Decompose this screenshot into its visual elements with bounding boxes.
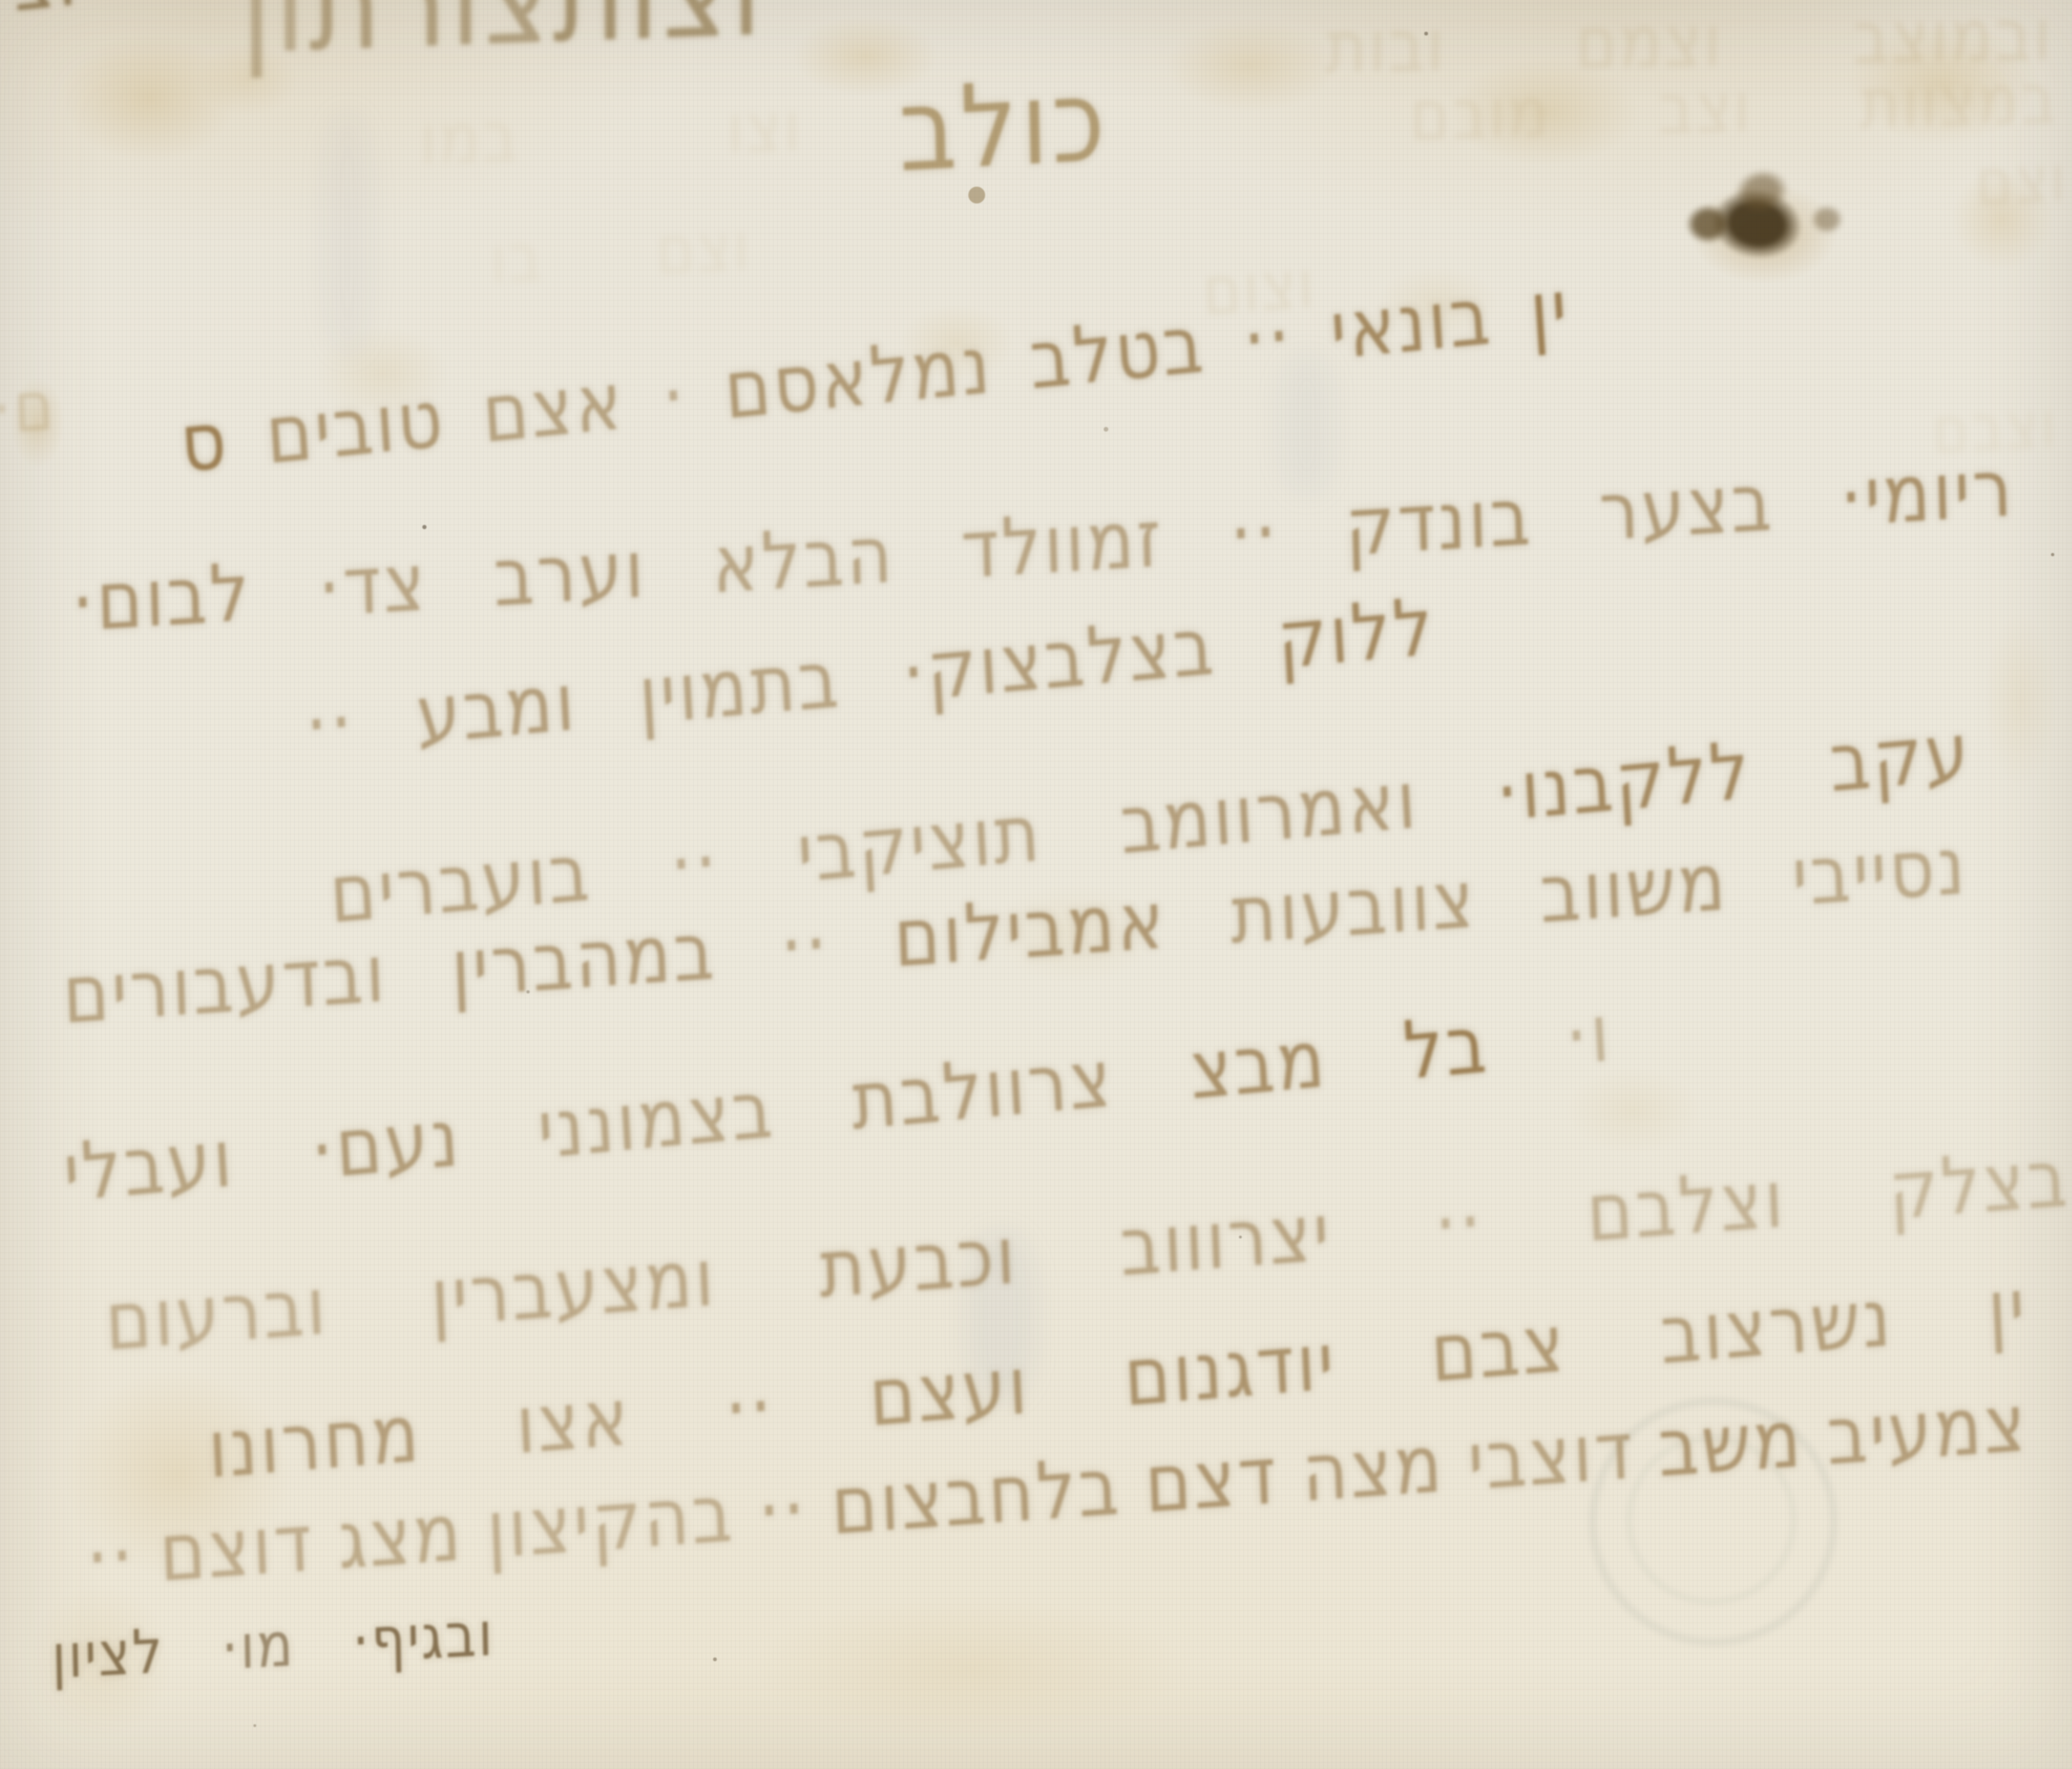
paper-stain	[765, 0, 966, 112]
handwritten-word: בתמוין	[637, 639, 843, 737]
paper-speck	[713, 1657, 717, 1661]
handwritten-word: אצו	[514, 1377, 632, 1466]
top-cut-line: וצותצורתון	[306, 0, 767, 62]
handwritten-word: לציון	[51, 1621, 165, 1688]
handwritten-word: במו	[420, 102, 519, 175]
handwritten-word: ··	[668, 821, 721, 905]
body-line-4: עקבללקבנו·ואמרוומבתוציקבי··בועברים	[327, 717, 1974, 930]
handwritten-word: ··	[85, 1516, 137, 1599]
body-line-9: צמעיבמשבדוצבימצהדצםבלחבצום··בהקיצוןמצגדו…	[84, 1388, 2030, 1594]
handwritten-word: טובים	[264, 379, 448, 476]
paper-stain	[28, 9, 271, 187]
handwritten-word: ··	[1240, 296, 1295, 380]
handwritten-word: צמעיב	[1825, 1383, 2029, 1477]
handwritten-word: ובות	[1325, 9, 1447, 83]
handwritten-word: ··	[757, 1468, 809, 1552]
body-line-8: יןנשרצובצבםיודגנוםועצם··אצומחרונו	[205, 1273, 2030, 1485]
paper-speck	[422, 525, 427, 529]
paper-stain	[1969, 579, 2072, 821]
handwritten-word: ומבע	[414, 663, 579, 756]
handwritten-word: ובדעבורים	[62, 934, 389, 1035]
handwritten-word: בצלק	[1887, 1139, 2071, 1231]
handwritten-word: משווב	[1539, 842, 1729, 935]
right-edge-ghost: וצם	[1940, 151, 2069, 213]
body-line-7: בצלקוצלבם··יצרווובוכבעתומצעבריןוברעום	[103, 1144, 2072, 1358]
handwritten-word: מו·	[221, 1614, 296, 1679]
handwritten-word: ללוק	[1275, 587, 1437, 681]
handwritten-word: ם·	[0, 371, 57, 444]
handwritten-word: ··	[1433, 1182, 1485, 1265]
handwritten-word: בונאי	[1328, 276, 1495, 372]
handwritten-word: וצו	[727, 92, 803, 164]
handwritten-word: ס	[178, 400, 231, 485]
dark-ink-blot	[1722, 158, 1801, 225]
paper-stain	[1414, 37, 1675, 187]
handwritten-word: ··	[303, 682, 357, 766]
manuscript-page: ·וצוצותצורתוןובמוצבוצמםובותבמצוותוצבמובם…	[0, 0, 2072, 1769]
handwritten-word: ·	[659, 355, 689, 437]
handwritten-word: מובם	[1409, 77, 1551, 150]
handwritten-word: במהברין	[450, 911, 718, 1009]
handwritten-word: וצב	[1659, 72, 1753, 144]
dark-ink-blot	[1693, 172, 1821, 276]
handwritten-word: נסייבי	[1791, 826, 1969, 918]
handwritten-word: ובגיף·	[351, 1604, 495, 1672]
paper-stain	[667, 1568, 1274, 1769]
handwritten-word: צבם	[1428, 1304, 1568, 1394]
laid-paper-texture	[0, 0, 2072, 1769]
paper-stain	[1811, 0, 2072, 168]
handwritten-word: בל	[1401, 1005, 1491, 1092]
handwritten-word: עקב	[1828, 712, 1973, 804]
handwritten-word: צורת	[308, 0, 553, 70]
handwritten-word: וצמם	[1575, 4, 1724, 78]
handwritten-word: ומצעברין	[429, 1238, 718, 1339]
handwritten-word: בונדק	[1344, 477, 1533, 568]
handwritten-word: בצער	[1598, 462, 1775, 552]
handwritten-word: וצם	[1975, 147, 2068, 216]
handwritten-word: בלחבצום	[830, 1447, 1123, 1546]
handwritten-word: מחרונו	[206, 1394, 423, 1490]
paper-stain	[1353, 252, 1521, 355]
handwritten-word: וערב	[492, 530, 647, 618]
handwritten-word: צרוולבת	[849, 1039, 1116, 1142]
ghost-line1-right: וצום	[1127, 255, 1318, 326]
paper-stain	[957, 863, 1190, 1003]
handwritten-word: אצם	[480, 361, 627, 454]
handwritten-word: ··	[779, 904, 831, 987]
handwritten-word: ··	[1228, 492, 1280, 574]
paper-stain	[19, 1330, 336, 1619]
signature-line: ובגיף·מו·לציון	[50, 1608, 496, 1685]
handwritten-word: דוצבי	[1466, 1411, 1636, 1502]
handwritten-word: ובמוצב	[1852, 0, 2054, 74]
paper-speck	[253, 1724, 256, 1727]
paper-stain	[877, 289, 1036, 397]
paper-speck	[1239, 1236, 1242, 1238]
handwritten-word: יודגנום	[1122, 1322, 1338, 1419]
body-line-2: ריומי·בצערבונדק··זמוולדהבלאוערבצד·לבום·	[70, 453, 2016, 638]
body-line-3: ללוקבצלבצוק·בתמויןומבע··	[302, 592, 1438, 761]
handwritten-word: ון	[241, 0, 309, 72]
top-left-edge-fragment: ·וצ	[6, 0, 106, 19]
paper-streak	[1279, 355, 1335, 495]
handwritten-word: תוציקבי	[795, 793, 1044, 895]
paper-stain	[177, 28, 317, 131]
handwritten-word: וצות	[553, 0, 766, 61]
handwritten-word: מצה	[1301, 1424, 1446, 1514]
paper-streak	[966, 1232, 1036, 1400]
paper-stain	[0, 359, 75, 485]
handwritten-word: מבצ	[1188, 1019, 1329, 1111]
body-line-1: יןבונאי··בטלבנמלאסם·אצםטוביםס	[177, 273, 1573, 479]
handwritten-word: בטלב	[1028, 304, 1208, 401]
paper-stain	[1134, 0, 1367, 131]
paper-stain	[1932, 149, 2072, 289]
paper-stain	[1540, 1050, 1727, 1171]
body-line-5: נסייבימשוובצוובעותאמבילום··במהבריןובדעבו…	[61, 831, 1970, 1031]
handwritten-word: וכבעת	[818, 1216, 1019, 1310]
embossed-stamp-impression	[1589, 1398, 1837, 1646]
handwritten-word: בצלבצוק·	[900, 607, 1218, 714]
paper-streak	[322, 112, 373, 355]
handwritten-word: צוובעות	[1229, 860, 1477, 956]
dark-ink-blot	[1679, 198, 1737, 250]
handwritten-word: אמבילום	[892, 881, 1168, 979]
paper-speck	[1424, 32, 1428, 35]
embossed-stamp-impression	[1626, 1435, 1796, 1605]
handwritten-word: וצבם	[1932, 393, 2058, 463]
handwritten-word: ··	[723, 1366, 777, 1449]
paper-speck	[526, 990, 530, 993]
handwritten-word: וצום	[1202, 251, 1317, 325]
handwritten-word: וצלבם	[1585, 1160, 1787, 1254]
handwritten-word: וצם	[655, 213, 752, 285]
paper-speck	[968, 187, 985, 203]
handwritten-word: ריומי·	[1839, 448, 2016, 538]
handwritten-word: צד·	[317, 543, 428, 629]
handwritten-word: בהקיצון	[485, 1474, 736, 1571]
handwritten-word: ללקבנו·	[1494, 731, 1754, 833]
handwritten-word: נמלאסם	[722, 325, 995, 431]
handwritten-word: ועבלי	[62, 1119, 237, 1214]
handwritten-word: ין	[1527, 269, 1572, 352]
handwritten-word: ·וצ	[10, 0, 105, 23]
paper-stain	[0, 1554, 201, 1769]
header-ghost-under: וצובמו	[419, 96, 804, 170]
handwritten-word: מצג	[336, 1493, 464, 1581]
handwritten-word: בו	[490, 224, 545, 294]
ghost-left-edge-ring: ם·	[0, 375, 58, 442]
handwritten-word: דצם	[1144, 1435, 1280, 1524]
top-right-ghost-row-1: ובמוצבוצמםובות	[1325, 3, 2054, 78]
handwritten-word: ועצם	[867, 1346, 1031, 1438]
paper-speck	[2051, 553, 2054, 556]
handwritten-word: בצמונני	[536, 1070, 777, 1171]
paper-stain	[1661, 163, 1867, 303]
handwritten-word: ו·	[1563, 993, 1614, 1077]
header-word: כולב	[919, 70, 1111, 180]
handwritten-word: ואמרוומב	[1118, 760, 1420, 866]
dark-ink-blot	[1806, 201, 1848, 238]
ghost-mid-upper: וצםבו	[489, 217, 753, 289]
handwritten-word: יצרוווב	[1119, 1193, 1333, 1288]
handwritten-word: משב	[1657, 1399, 1805, 1489]
paper-speck	[1104, 427, 1108, 432]
paper-stain	[289, 308, 476, 439]
handwritten-word: כולב	[898, 63, 1110, 188]
top-right-ghost-row-2: במצוותוצבמובם	[1409, 69, 2059, 146]
handwritten-word: במצוות	[1860, 64, 2058, 139]
body-line-6: ו·בלמבצצרוולבתבצמוננינעם·ועבלי	[61, 998, 1615, 1209]
handwritten-word: דוצם	[158, 1503, 316, 1594]
handwritten-word: וברעום	[104, 1266, 329, 1363]
handwritten-word: ין	[1986, 1267, 2029, 1350]
handwritten-word: נעם·	[309, 1098, 463, 1191]
handwritten-word: הבלא	[711, 515, 896, 605]
handwritten-word: לבום·	[70, 553, 253, 643]
ghost-line2-start-above: וצבם	[1884, 397, 2059, 461]
handwritten-word: זמוולד	[960, 499, 1164, 591]
handwritten-word: בועברים	[328, 832, 594, 935]
handwritten-word: נשרצוב	[1659, 1278, 1895, 1376]
